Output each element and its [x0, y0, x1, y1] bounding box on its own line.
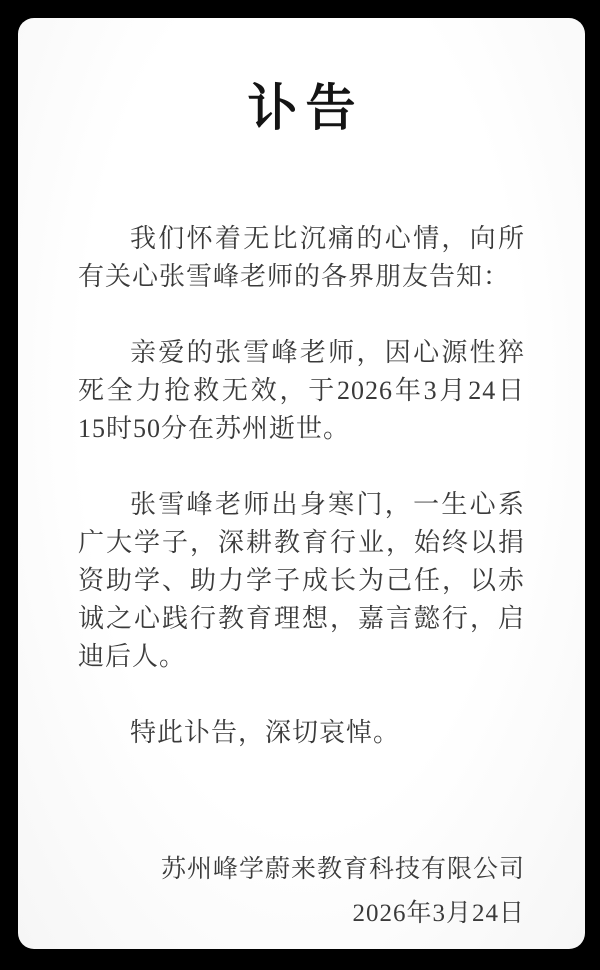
obituary-document-card: 讣告 我们怀着无比沉痛的心情，向所有关心张雪峰老师的各界朋友告知： 亲爱的张雪峰… [18, 18, 585, 949]
notice-paragraph-intro: 我们怀着无比沉痛的心情，向所有关心张雪峰老师的各界朋友告知： [78, 220, 525, 296]
notice-paragraph-death-announcement: 亲爱的张雪峰老师，因心源性猝死全力抢救无效，于2026年3月24日15时50分在… [78, 334, 525, 448]
notice-paragraph-biography: 张雪峰老师出身寒门，一生心系广大学子，深耕教育行业，始终以捐资助学、助力学子成长… [78, 486, 525, 676]
page-background: { "colors": { "background": "#000000", "… [0, 0, 600, 970]
notice-title: 讣告 [78, 80, 525, 136]
notice-paragraph-condolence: 特此讣告，深切哀悼。 [78, 714, 525, 752]
document-content: 讣告 我们怀着无比沉痛的心情，向所有关心张雪峰老师的各界朋友告知： 亲爱的张雪峰… [18, 80, 585, 936]
signature-block: 苏州峰学蔚来教育科技有限公司 2026年3月24日 [78, 848, 525, 936]
signature-organization: 苏州峰学蔚来教育科技有限公司 [78, 848, 525, 892]
signature-date: 2026年3月24日 [78, 892, 525, 936]
